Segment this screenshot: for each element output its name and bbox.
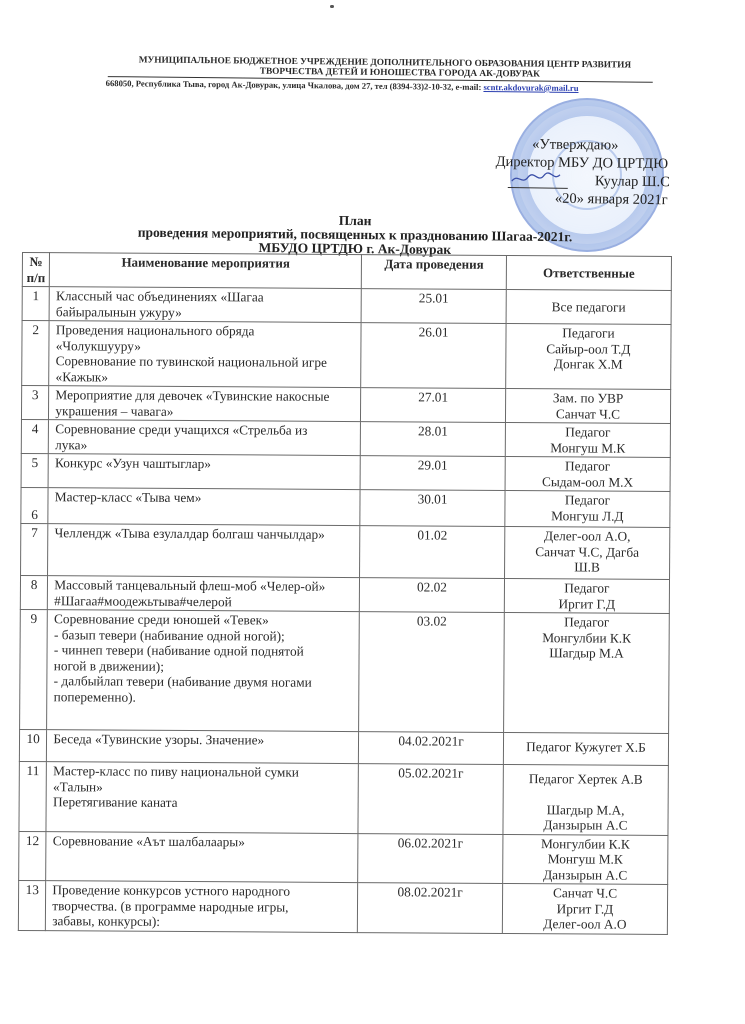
row-number: 1 [22, 287, 50, 321]
event-name: Мастер-класс «Тыва чем» [48, 488, 360, 526]
event-name-line: «Чолукшууру» [56, 338, 355, 355]
approval-date: «20» января 2021г [478, 189, 678, 210]
event-name-line: Перетягивание каната [53, 794, 352, 811]
responsible-person: Педагог [511, 614, 663, 630]
table-body: 1Классный час объединениях «Шагаабайырал… [18, 287, 671, 934]
responsible-person: Педагог Кужугет Х.Б [510, 739, 662, 755]
row-number: 2 [22, 321, 50, 386]
event-date: 25.01 [361, 289, 506, 324]
event-responsible: Делег-оол А.О,Санчат Ч.С, ДагбаШ.В [504, 526, 669, 579]
table-row: 9Соревнование среди юношей «Тевек»- базы… [20, 609, 670, 733]
responsible-person: Иргит Г.Д [509, 900, 661, 916]
event-name: Массовый танцевальный флеш-моб «Челер-ой… [48, 576, 360, 612]
header-number-sign: № [25, 254, 47, 270]
event-name: Классный час объединениях «Шагаабайыралы… [49, 287, 361, 323]
table-row: 6Мастер-класс «Тыва чем»30.01ПедагогМонг… [21, 487, 670, 527]
event-name: Челлендж «Тыва езулалдар болгаш чанчылда… [48, 524, 360, 578]
event-date: 26.01 [361, 323, 506, 389]
event-name-line: Классный час объединениях «Шагаа [56, 288, 355, 305]
document-title: План проведения мероприятий, посвященных… [120, 212, 590, 259]
responsible-person: Педагог Хертек А.В [510, 771, 662, 787]
header-event-name: Наименование мероприятия [50, 253, 362, 289]
event-name-line: лука» [55, 437, 354, 454]
event-name-line: - базып тевери (набивание одной ногой); [54, 627, 353, 644]
event-name: Проведения национального обряда«Чолукшуу… [49, 321, 361, 388]
event-date: 28.01 [360, 422, 505, 457]
responsible-person: Все педагоги [513, 299, 665, 315]
event-name-line: Челлендж «Тыва езулалдар болгаш чанчылда… [55, 525, 354, 542]
responsible-person: Монгуш М.К [509, 851, 661, 867]
responsible-person: Ш.В [511, 559, 663, 575]
event-responsible: ПедагогиСайыр-оол Т.ДДонгак Х.М [506, 323, 671, 389]
event-name: Мероприятие для девочек «Тувинские накос… [49, 386, 361, 422]
event-name-line: творчества. (в программе народные игры, [52, 898, 351, 915]
event-name-line: Мастер-класс по пиву национальной сумки [53, 763, 352, 780]
row-number: 9 [20, 609, 48, 729]
email-link[interactable]: scntr.akdovurak@mail.ru [483, 82, 578, 93]
event-name-line: Беседа «Тувинские узоры. Значение» [53, 731, 352, 748]
responsible-person: Монгулбии К.К [509, 835, 661, 851]
event-date: 04.02.2021г [359, 732, 504, 765]
event-responsible: Зам. по УВРСанчат Ч.С [505, 388, 670, 423]
signatory-name: Куулар Ш.С [595, 173, 670, 190]
event-name-line: Проведение конкурсов устного народного [52, 882, 351, 899]
event-name-line: #Шагаа#моодежьтыва#челерой [54, 593, 353, 610]
event-name: Соревнование среди учащихся «Стрельба из… [49, 420, 361, 456]
letterhead: МУНИЦИПАЛЬНОЕ БЮДЖЕТНОЕ УЧРЕЖДЕНИЕ ДОПОЛ… [100, 55, 660, 94]
event-name-line: Массовый танцевальный флеш-моб «Челер-ой… [54, 577, 353, 594]
event-name: Мастер-класс по пиву национальной сумки«… [46, 762, 358, 833]
event-date: 05.02.2021г [358, 764, 503, 834]
event-date: 06.02.2021г [358, 833, 503, 883]
event-responsible: Санчат Ч.СИргит Г.ДДелег-оол А.О [502, 883, 667, 934]
event-name-line: забавы, конкурсы): [52, 913, 351, 930]
row-number: 11 [19, 761, 47, 831]
event-date: 01.02 [360, 526, 505, 579]
responsible-person: Педагог [512, 424, 664, 440]
event-date: 03.02 [359, 612, 505, 733]
responsible-person: Донгак Х.М [512, 356, 664, 372]
event-name: Беседа «Тувинские узоры. Значение» [47, 730, 359, 764]
event-name-line: Соревнование по тувинской национальной и… [56, 353, 355, 370]
events-plan-table: № п/п Наименование мероприятия Дата пров… [18, 252, 672, 934]
event-name-line: Соревнование среди юношей «Тевек» [54, 611, 353, 628]
event-name-line: украшения – чавага» [55, 403, 354, 420]
responsible-person: Шагдыр М.А, [510, 801, 662, 817]
responsible-person: Делег-оол А.О, [511, 528, 663, 544]
responsible-person: Сайыр-оол Т.Д [512, 340, 664, 356]
event-responsible: Монгулбии К.КМонгуш М.КДанзырын А.С [503, 834, 668, 885]
event-responsible: ПедагогМонгуш М.К [505, 422, 670, 457]
event-date: 30.01 [360, 490, 505, 527]
table-row: 12Соревнование «Аът шалбалаары»06.02.202… [19, 831, 668, 884]
event-name-line: Конкурс «Узун чаштыглар» [55, 455, 354, 472]
event-date: 02.02 [359, 578, 504, 613]
event-name-line: Мастер-класс «Тыва чем» [55, 489, 354, 506]
responsible-person: Монгуш М.К [512, 439, 664, 455]
approval-signatory: Куулар Ш.С [478, 171, 678, 192]
row-number: 7 [21, 523, 49, 575]
event-name-line: «Кажык» [56, 369, 355, 386]
signature [508, 173, 568, 189]
responsible-person: Данзырын А.С [509, 817, 661, 833]
event-responsible: ПедагогСыдам-оол М.Х [505, 456, 670, 491]
header-date: Дата проведения [361, 255, 506, 290]
row-number: 13 [18, 880, 46, 930]
event-name-line: Соревнование «Аът шалбалаары» [53, 833, 352, 850]
event-name-line: Мероприятие для девочек «Тувинские накос… [55, 387, 354, 404]
responsible-person: Иргит Г.Д [511, 595, 663, 611]
header-number: № п/п [22, 253, 50, 287]
table-row: 5Конкурс «Узун чаштыглар»29.01ПедагогСыд… [21, 453, 670, 491]
event-responsible: ПедагогИргит Г.Д [504, 578, 669, 613]
table-row: 4Соревнование среди учащихся «Стрельба и… [21, 419, 670, 457]
event-name-line: байыралынын ужуру» [56, 304, 355, 321]
row-number: 3 [21, 386, 49, 420]
responsible-person: Санчат Ч.С [512, 405, 664, 421]
responsible-person: Зам. по УВР [512, 390, 664, 406]
table-row: 1Классный час объединениях «Шагаабайырал… [22, 287, 671, 325]
event-responsible: Педагог Хертек А.ВШагдыр М.А,Данзырын А.… [503, 764, 668, 835]
event-name-line: Проведения национального обряда [56, 322, 355, 339]
responsible-person: Педагог [511, 580, 663, 596]
responsible-person: Санчат Ч.С, Дагба [511, 543, 663, 559]
responsible-person: Сыдам-оол М.Х [512, 473, 664, 489]
event-name: Конкурс «Узун чаштыглар» [48, 454, 360, 490]
row-number: 8 [20, 575, 48, 609]
table-row: 2Проведения национального обряда«Чолукшу… [22, 321, 671, 390]
table-row: 11Мастер-класс по пиву национальной сумк… [19, 761, 668, 834]
event-name-line: попеременно). [54, 689, 353, 706]
responsible-person: Монгуш Л.Д [511, 507, 663, 523]
event-name-line: ногой в движении); [54, 658, 353, 675]
row-number: 5 [21, 453, 49, 487]
event-date: 27.01 [361, 388, 506, 423]
table-row: 10Беседа «Тувинские узоры. Значение»04.0… [19, 729, 668, 765]
event-date: 29.01 [360, 456, 505, 491]
event-name: Соревнование среди юношей «Тевек»- базып… [47, 610, 360, 732]
event-name-line: - далбыйлап тевери (набивание двумя нога… [54, 673, 353, 690]
row-number: 12 [19, 831, 47, 881]
responsible-person: Педагог [511, 492, 663, 508]
responsible-person: Педагоги [512, 325, 664, 341]
row-number: 6 [21, 487, 49, 523]
approval-block: «Утверждаю» Директор МБУ ДО ЦРТДЮ Куулар… [478, 135, 679, 210]
responsible-person: Шагдыр М.А [510, 645, 662, 661]
responsible-person: Данзырын А.С [509, 866, 661, 882]
responsible-person: Педагог [512, 458, 664, 474]
responsible-person: Делег-оол А.О [509, 916, 661, 932]
header-responsible: Ответственные [506, 255, 671, 290]
event-name: Проведение конкурсов устного народноготв… [46, 881, 358, 932]
table-row: 8Массовый танцевальный флеш-моб «Челер-о… [20, 575, 669, 613]
table-row: 7Челлендж «Тыва езулалдар болгаш чанчылд… [21, 523, 670, 579]
event-responsible: ПедагогМонгуш Л.Д [505, 490, 670, 527]
scan-speck [330, 5, 334, 8]
event-responsible: Педагог Кужугет Х.Б [503, 732, 668, 765]
event-responsible: ПедагогМонгулбии К.КШагдыр М.А [504, 612, 670, 733]
event-name-line: - чиннеп тевери (набивание одной поднято… [54, 642, 353, 659]
table-row: 3Мероприятие для девочек «Тувинские нако… [21, 386, 670, 424]
row-number: 10 [19, 729, 47, 761]
event-name-line: «Талын» [53, 779, 352, 796]
table-header-row: № п/п Наименование мероприятия Дата пров… [22, 253, 671, 291]
row-number: 4 [21, 419, 49, 453]
responsible-person [510, 786, 662, 802]
responsible-person: Санчат Ч.С [509, 885, 661, 901]
header-number-pp: п/п [25, 270, 47, 286]
event-responsible: Все педагоги [506, 289, 671, 324]
event-name-line: Соревнование среди учащихся «Стрельба из [55, 421, 354, 438]
table-row: 13Проведение конкурсов устного народного… [18, 880, 667, 933]
event-name: Соревнование «Аът шалбалаары» [46, 831, 358, 882]
event-date: 08.02.2021г [358, 883, 503, 933]
responsible-person: Монгулбии К.К [511, 629, 663, 645]
